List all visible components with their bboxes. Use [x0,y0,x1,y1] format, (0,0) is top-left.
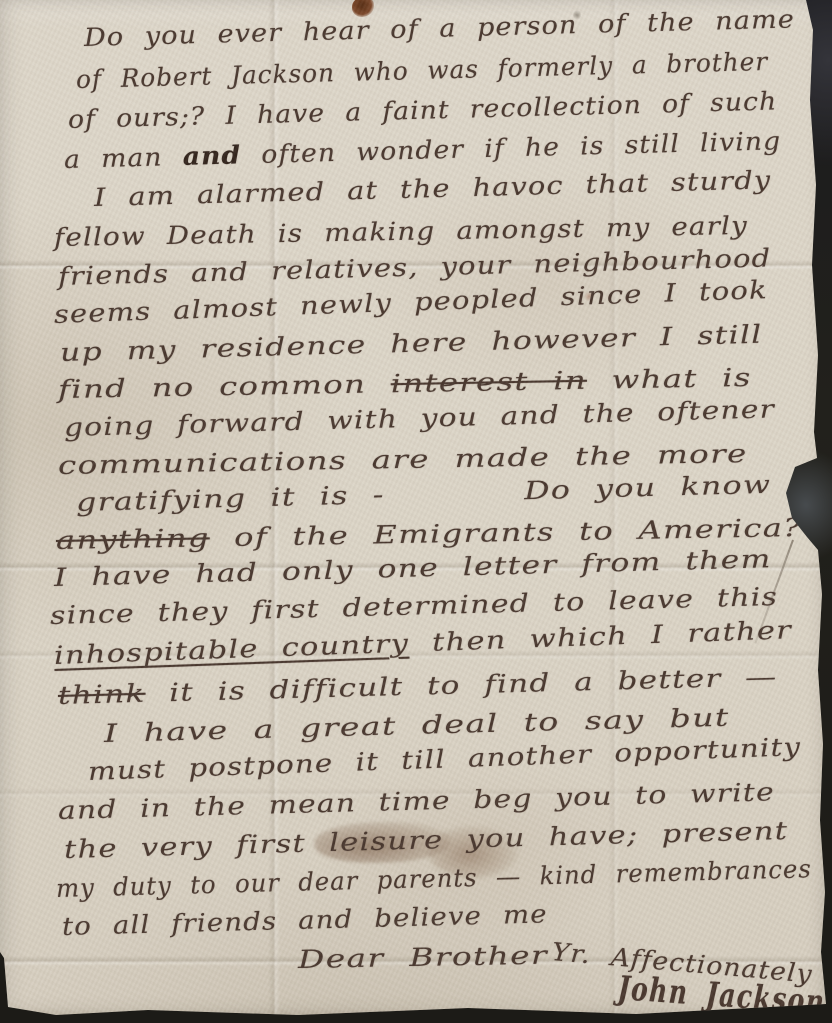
letter-line: I am alarmed at the havoc that sturdy [94,166,772,211]
letter-text-segment: anything [56,523,210,555]
letter-text-segment: then which I rather [408,615,792,657]
letter-text-segment: what is [587,363,752,395]
letter-line: of ours;? I have a faint recollection of… [68,87,778,133]
letter-text-segment: and [182,140,241,171]
letter-text-segment: the very first [64,828,330,864]
letter-text-segment: inhospitable country [53,629,409,670]
letter-text-segment: of Robert Jackson who was formerly a bro… [76,47,769,94]
letter-text-segment: I am alarmed at the havoc that sturdy [94,165,772,212]
letter-text-segment: and in the mean time beg you to write [58,777,776,825]
letter-page: Do you ever hear of a person of the name… [0,0,832,1023]
letter-line: think it is difficult to find a better — [58,663,778,709]
letter-line: and in the mean time beg you to write [58,778,776,824]
letter-line: up my residence here however I still [60,321,763,367]
letter-text-segment: find no common [58,369,391,404]
letter-text-segment: up my residence here however I still [60,320,763,367]
letter-line: going forward with you and the oftener [64,395,776,441]
letter-text-segment: gratifying it is - [76,480,385,517]
letter-line: Do you ever hear of a person of the name [84,5,796,51]
letter-line: Dear Brother [298,942,548,974]
letter-text-segment: Dear Brother [298,941,548,974]
letter-text-segment: Do you know [524,470,772,505]
letter-line: a man and often wonder if he is still li… [64,127,782,173]
letter-line: the very first leisure you have; present [64,817,789,863]
letter-text-segment: my duty to our dear parents — kind remem… [56,854,812,903]
letter-text-segment: interest in [390,366,587,398]
letter-text-segment: a man [64,142,183,174]
letter-text-segment: you have; present [443,816,789,854]
letter-text-segment: to all friends and believe me [62,899,548,941]
letter-text-segment: of ours;? I have a faint recollection of… [68,86,778,134]
letter-text-segment: it is difficult to find a better — [145,662,778,708]
letter-text-segment: think [58,679,146,710]
handwriting-layer: Do you ever hear of a person of the name… [0,0,832,1023]
letter-text-segment: often wonder if he is still living [241,126,782,169]
letter-line: to all friends and believe me [62,900,548,940]
letter-text-segment: leisure [329,825,444,857]
letter-text-segment: Do you ever hear of a person of the name [84,4,796,52]
letter-line: fellow Death is making amongst my early [54,212,748,252]
letter-line: my duty to our dear parents — kind remem… [56,855,812,902]
letter-line: of Robert Jackson who was formerly a bro… [76,48,769,94]
